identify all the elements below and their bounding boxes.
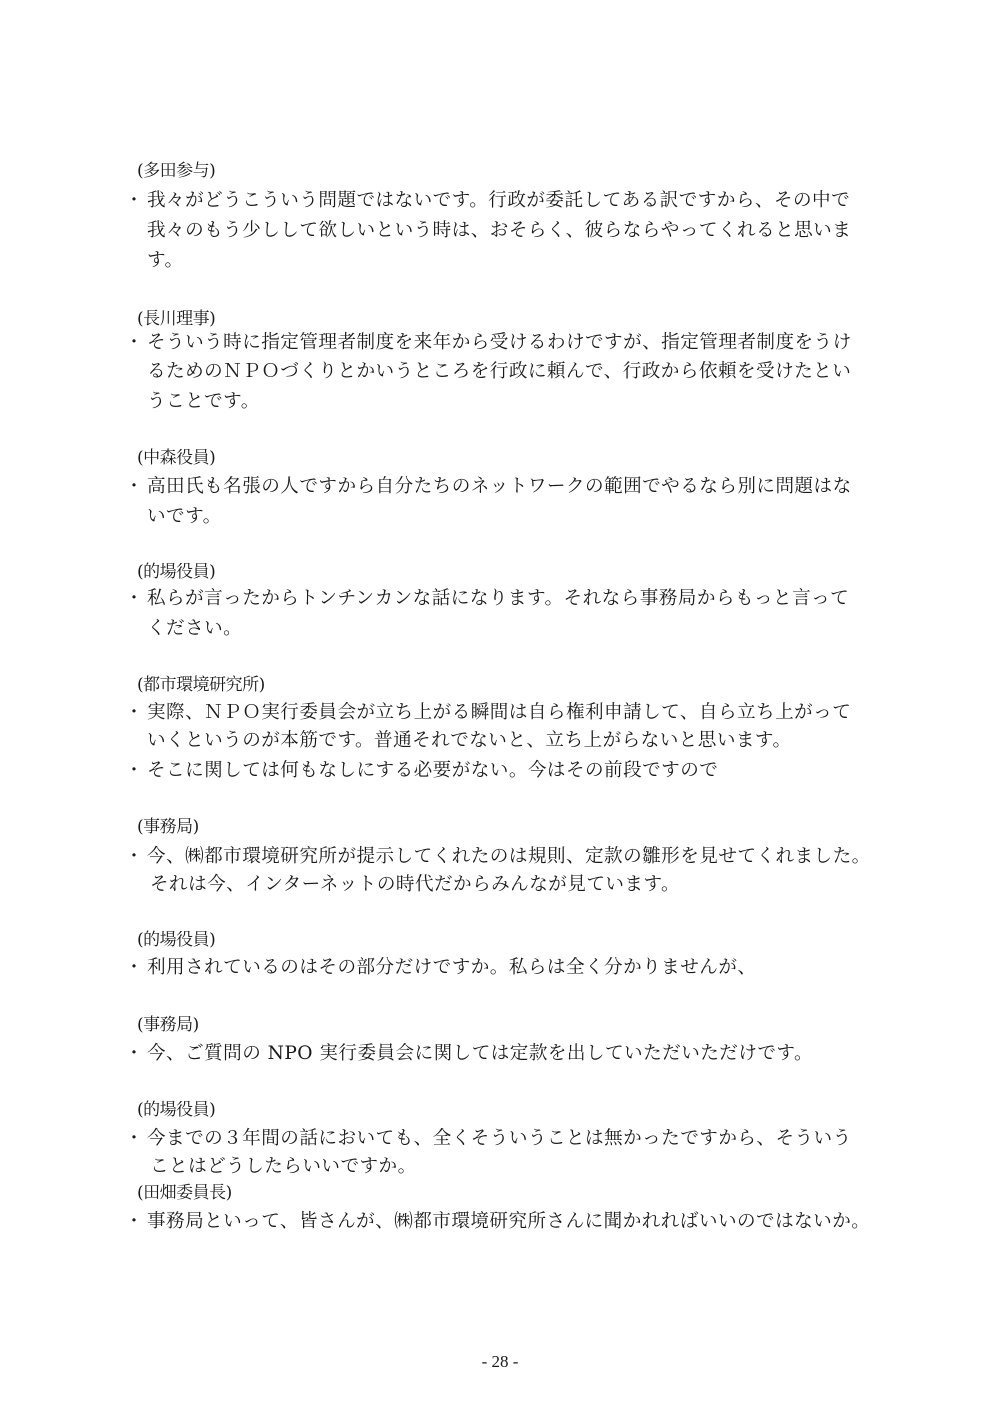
speaker-label: (多田参与) bbox=[137, 160, 215, 182]
statement-line: 我々がどうこういう問題ではないです。行政が委託してある訳ですから、その中で bbox=[147, 190, 850, 212]
speaker-label: (田畑委員長) bbox=[137, 1182, 232, 1204]
speaker-label: (都市環境研究所) bbox=[137, 674, 265, 696]
statement-line: それは今、インターネットの時代だからみんなが見ています。 bbox=[150, 874, 680, 896]
statement-line: 実際、ＮＰＯ実行委員会が立ち上がる瞬間は自ら権利申請して、自ら立ち上がって bbox=[147, 702, 851, 724]
bullet-icon: ・ bbox=[125, 846, 143, 868]
statement-line: 私らが言ったからトンチンカンな話になります。それなら事務局からもっと言って bbox=[147, 588, 849, 610]
speaker-label: (的場役員) bbox=[137, 929, 215, 951]
bullet-icon: ・ bbox=[125, 588, 143, 610]
bullet-icon: ・ bbox=[125, 760, 143, 782]
statement-line: いです。 bbox=[147, 506, 222, 528]
statement-line: そこに関しては何もなしにする必要がない。今はその前段ですので bbox=[147, 760, 718, 782]
bullet-icon: ・ bbox=[125, 1128, 143, 1150]
speaker-label: (的場役員) bbox=[137, 561, 215, 583]
bullet-icon: ・ bbox=[125, 1043, 143, 1065]
speaker-label: (長川理事) bbox=[137, 308, 215, 330]
bullet-icon: ・ bbox=[125, 1211, 143, 1233]
statement-line: 今、㈱都市環境研究所が提示してくれたのは規則、定款の雛形を見せてくれました。 bbox=[147, 846, 871, 868]
statement-line: うことです。 bbox=[147, 391, 260, 413]
statement-line: す。 bbox=[147, 250, 184, 272]
bullet-icon: ・ bbox=[125, 332, 143, 354]
page-number: - 28 - bbox=[0, 1351, 1000, 1373]
bullet-icon: ・ bbox=[125, 702, 143, 724]
document-page: (多田参与) ・ 我々がどうこういう問題ではないです。行政が委託してある訳ですか… bbox=[0, 0, 1000, 1414]
statement-line: そういう時に指定管理者制度を来年から受けるわけですが、指定管理者制度をうけ bbox=[147, 332, 852, 354]
statement-line: ことはどうしたらいいですか。 bbox=[150, 1156, 417, 1178]
bullet-icon: ・ bbox=[125, 476, 143, 498]
statement-line: 利用されているのはその部分だけですか。私らは全く分かりませんが、 bbox=[147, 957, 756, 979]
speaker-label: (的場役員) bbox=[137, 1099, 215, 1121]
bullet-icon: ・ bbox=[125, 957, 143, 979]
statement-line: 今までの３年間の話においても、全くそういうことは無かったですから、そういう bbox=[147, 1128, 852, 1150]
statement-line: 事務局といって、皆さんが、㈱都市環境研究所さんに聞かれればいいのではないか。 bbox=[147, 1211, 870, 1233]
speaker-label: (事務局) bbox=[137, 1014, 199, 1036]
statement-line: 高田氏も名張の人ですから自分たちのネットワークの範囲でやるなら別に問題はな bbox=[147, 476, 852, 498]
statement-line: ください。 bbox=[147, 618, 242, 640]
statement-line: 我々のもう少しして欲しいという時は、おそらく、彼らならやってくれると思いま bbox=[147, 220, 851, 242]
statement-line: るためのＮＰＯづくりとかいうところを行政に頼んで、行政から依頼を受けたとい bbox=[147, 361, 851, 383]
speaker-label: (中森役員) bbox=[137, 447, 215, 469]
bullet-icon: ・ bbox=[125, 190, 143, 212]
statement-line: いくというのが本筋です。普通それでないと、立ち上がらないと思います。 bbox=[147, 730, 792, 752]
speaker-label: (事務局) bbox=[137, 816, 199, 838]
statement-line: 今、ご質問の NPO 実行委員会に関しては定款を出していただいただけです。 bbox=[147, 1043, 813, 1065]
